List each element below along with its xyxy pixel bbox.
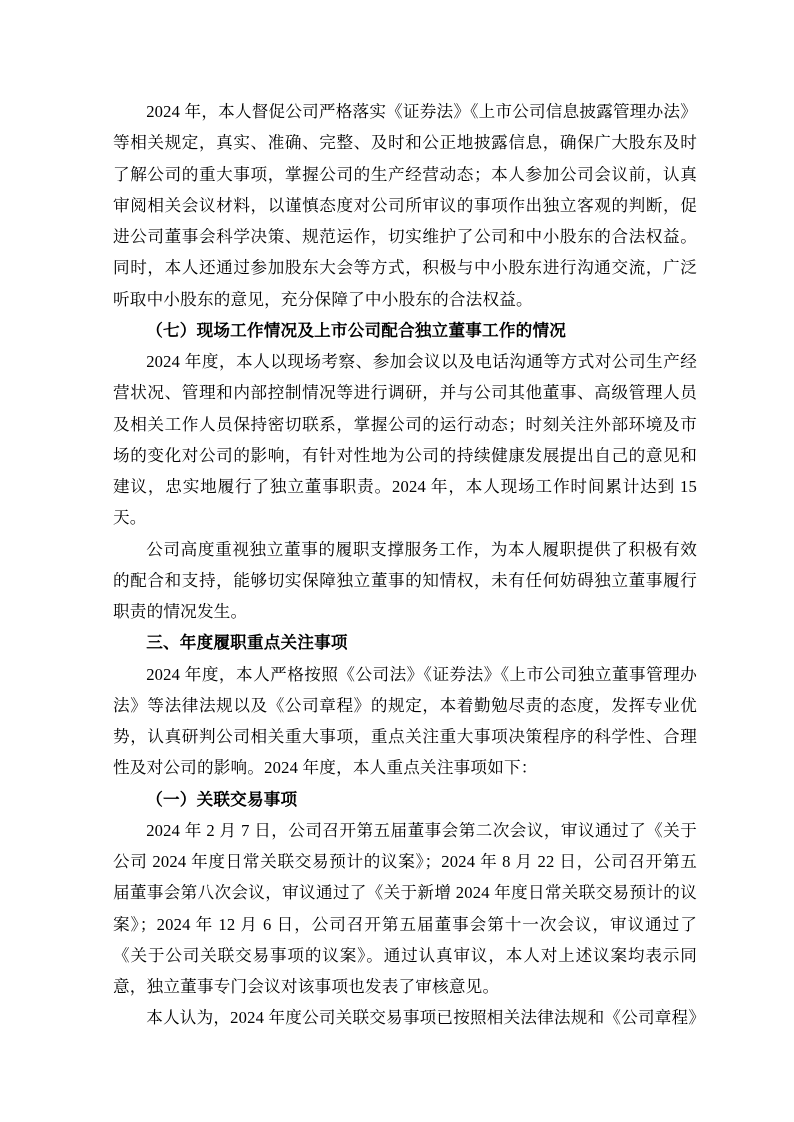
body-paragraph: 2024 年 2 月 7 日，公司召开第五届董事会第二次会议，审议通过了《关于公… bbox=[113, 815, 697, 1003]
body-paragraph: 本人认为，2024 年度公司关联交易事项已按照相关法律法规和《公司章程》 bbox=[113, 1002, 697, 1033]
section-heading: 三、年度履职重点关注事项 bbox=[113, 627, 697, 658]
section-heading: （一）关联交易事项 bbox=[113, 784, 697, 815]
body-paragraph: 2024 年，本人督促公司严格落实《证券法》《上市公司信息披露管理办法》等相关规… bbox=[113, 96, 697, 315]
body-paragraph: 2024 年度，本人严格按照《公司法》《证券法》《上市公司独立董事管理办法》等法… bbox=[113, 659, 697, 784]
body-paragraph: 2024 年度，本人以现场考察、参加会议以及电话沟通等方式对公司生产经营状况、管… bbox=[113, 346, 697, 534]
document-body: 2024 年，本人督促公司严格落实《证券法》《上市公司信息披露管理办法》等相关规… bbox=[113, 96, 697, 1034]
body-paragraph: 公司高度重视独立董事的履职支撑服务工作，为本人履职提供了积极有效的配合和支持，能… bbox=[113, 534, 697, 628]
document-page: 2024 年，本人督促公司严格落实《证券法》《上市公司信息披露管理办法》等相关规… bbox=[0, 0, 794, 1122]
section-heading: （七）现场工作情况及上市公司配合独立董事工作的情况 bbox=[113, 315, 697, 346]
